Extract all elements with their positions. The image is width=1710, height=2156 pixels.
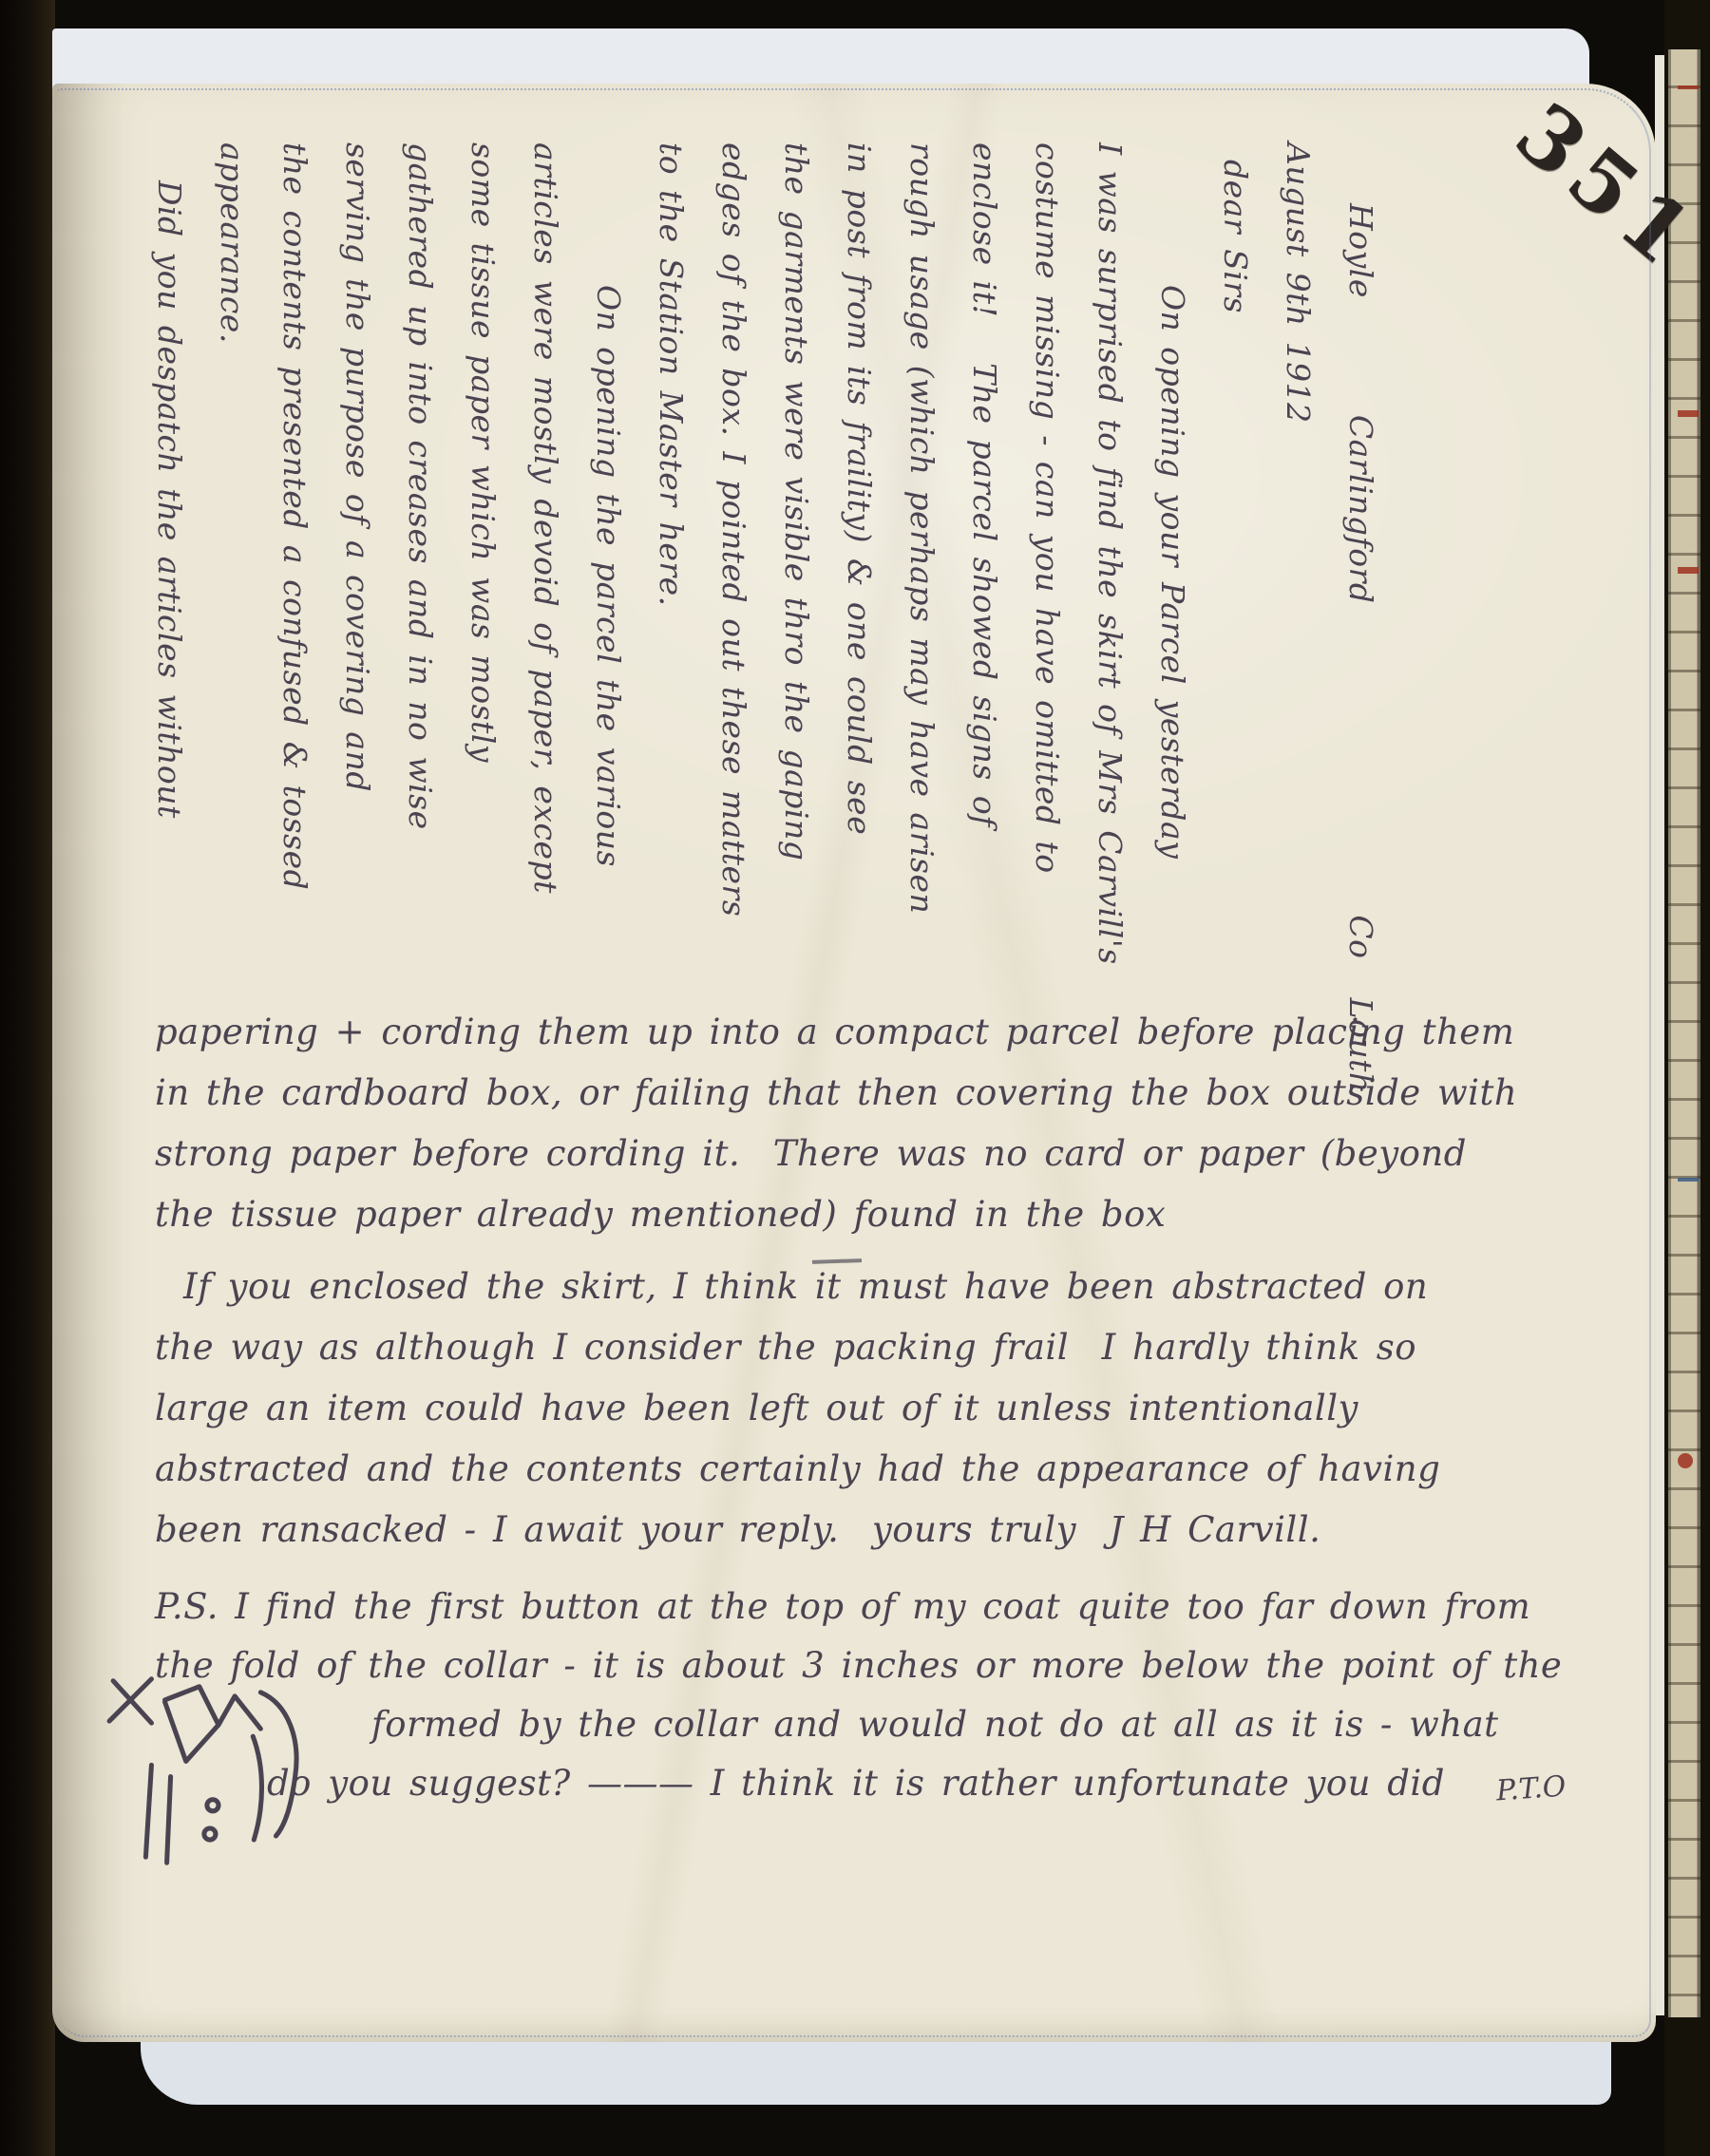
handwritten-line: formed by the collar and would not do at…	[155, 1695, 1656, 1754]
handwritten-line: On opening your Parcel yesterday	[1141, 142, 1204, 1026]
handwritten-line: August 9th 1912	[1266, 142, 1329, 1026]
handwritten-line: Hoyle Carlingford Co Louth	[1329, 142, 1392, 1026]
letter-body: papering + cording them up into a compac…	[155, 1002, 1656, 1825]
handwritten-line: Did you despatch the articles without	[138, 142, 200, 1026]
handwritten-line: the garments were visible thro the gapin…	[765, 142, 827, 1026]
sideways-letter-text: Hoyle Carlingford Co LouthAugust 9th 191…	[128, 142, 1392, 1026]
paragraph-packing: papering + cording them up into a compac…	[155, 1002, 1656, 1245]
pto-note: P.T.O	[1495, 1769, 1567, 1807]
page-edge-sliver	[1655, 55, 1664, 2015]
edge-mark	[1678, 567, 1699, 574]
handwritten-line: strong paper before cording it. There wa…	[155, 1124, 1656, 1184]
handwritten-line: P.S. I find the first button at the top …	[155, 1578, 1656, 1636]
handwritten-line: If you enclosed the skirt, I think it mu…	[155, 1257, 1656, 1317]
handwritten-line: do you suggest? ——— I think it is rather…	[155, 1754, 1656, 1813]
letter-book-photo: 351 Hoyle Carlingford Co LouthAugust 9th…	[0, 0, 1710, 2156]
book-spine	[0, 0, 55, 2156]
handwritten-line: some tissue paper which was mostly	[451, 142, 514, 1026]
handwritten-line: the tissue paper already mentioned) foun…	[155, 1184, 1656, 1245]
handwritten-line: enclose it! The parcel showed signs of	[953, 142, 1016, 1026]
coat-collar-sketch	[98, 1668, 337, 1877]
handwritten-line: costume missing - can you have omitted t…	[1016, 142, 1078, 1026]
sideways-letter-block: Hoyle Carlingford Co LouthAugust 9th 191…	[128, 142, 1392, 1026]
letter-page: 351 Hoyle Carlingford Co LouthAugust 9th…	[52, 84, 1656, 2042]
handwritten-line: I was surprised to find the skirt of Mrs…	[1078, 142, 1141, 1026]
edge-mark	[1678, 1178, 1699, 1182]
handwritten-line: been ransacked - I await your reply. you…	[155, 1500, 1656, 1560]
handwritten-line: rough usage (which perhaps may have aris…	[890, 142, 953, 1026]
stacked-page-edges	[1668, 49, 1700, 2017]
edge-mark	[1678, 85, 1699, 89]
handwritten-line: gathered up into creases and in no wise	[389, 142, 451, 1026]
handwritten-line: On opening the parcel the various	[577, 142, 639, 1026]
handwritten-line: papering + cording them up into a compac…	[155, 1002, 1656, 1063]
handwritten-line: the fold of the collar - it is about 3 i…	[155, 1636, 1656, 1695]
handwritten-line: the way as although I consider the packi…	[155, 1317, 1656, 1378]
paragraph-skirt: If you enclosed the skirt, I think it mu…	[155, 1257, 1656, 1560]
handwritten-line: edges of the box. I pointed out these ma…	[702, 142, 765, 1026]
paragraph-postscript: P.S. I find the first button at the top …	[155, 1578, 1656, 1813]
edge-mark	[1678, 410, 1699, 417]
handwritten-line: serving the purpose of a covering and	[326, 142, 389, 1026]
handwritten-line: the contents presented a confused & toss…	[263, 142, 326, 1026]
handwritten-line: appearance.	[200, 142, 263, 1026]
handwritten-line: in post from its fraility) & one could s…	[827, 142, 890, 1026]
handwritten-line: in the cardboard box, or failing that th…	[155, 1063, 1656, 1124]
handwritten-line: to the Station Master here.	[639, 142, 702, 1026]
handwritten-line: abstracted and the contents certainly ha…	[155, 1439, 1656, 1500]
handwritten-line: dear Sirs	[1204, 142, 1266, 1026]
handwritten-line: large an item could have been left out o…	[155, 1378, 1656, 1439]
edge-mark	[1678, 1453, 1693, 1468]
handwritten-line: articles were mostly devoid of paper, ex…	[514, 142, 577, 1026]
right-binding	[1664, 0, 1710, 2156]
